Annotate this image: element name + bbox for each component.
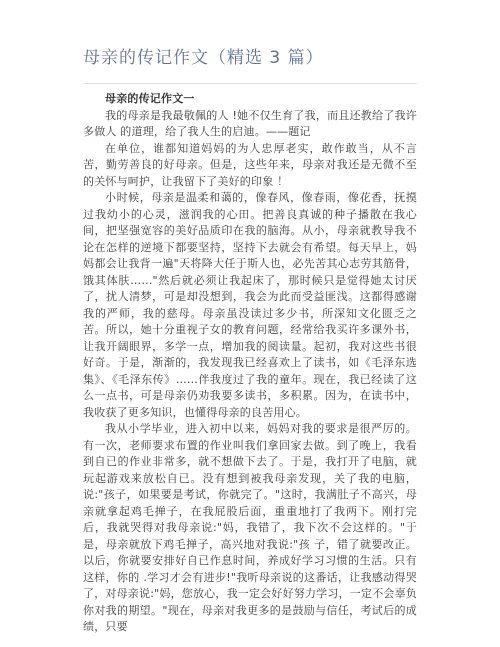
article-paragraph-intro: 在单位，谁都知道妈妈的为人忠厚老实，敢作敢当，从不言苦，勤劳善良的好母亲。但是，…: [83, 141, 417, 191]
article-paragraph-middle-school: 我从小学毕业，进入初中以来，妈妈对我的要求是很严厉的。有一次，老师要求布置的作业…: [83, 421, 417, 636]
article-paragraph-childhood: 小时候，母亲是温柔和蔼的，像春风，像春雨，像花香，抚摸过我幼小的心灵，滋润我的心…: [83, 190, 417, 421]
article-page: 母亲的传记作文（精选 3 篇） 母亲的传记作文一 我的母亲是我最敬佩的人 !她不…: [0, 0, 500, 647]
article-paragraph-preface: 我的母亲是我最敬佩的人 !她不仅生育了我，而且还教给了我许多做人 的道理，给了我…: [83, 108, 417, 141]
article-heading: 母亲的传记作文一: [83, 91, 417, 108]
page-title: 母亲的传记作文（精选 3 篇）: [83, 46, 417, 70]
article-content: 母亲的传记作文一 我的母亲是我最敬佩的人 !她不仅生育了我，而且还教给了我许多做…: [83, 91, 417, 636]
title-divider: [83, 83, 417, 84]
